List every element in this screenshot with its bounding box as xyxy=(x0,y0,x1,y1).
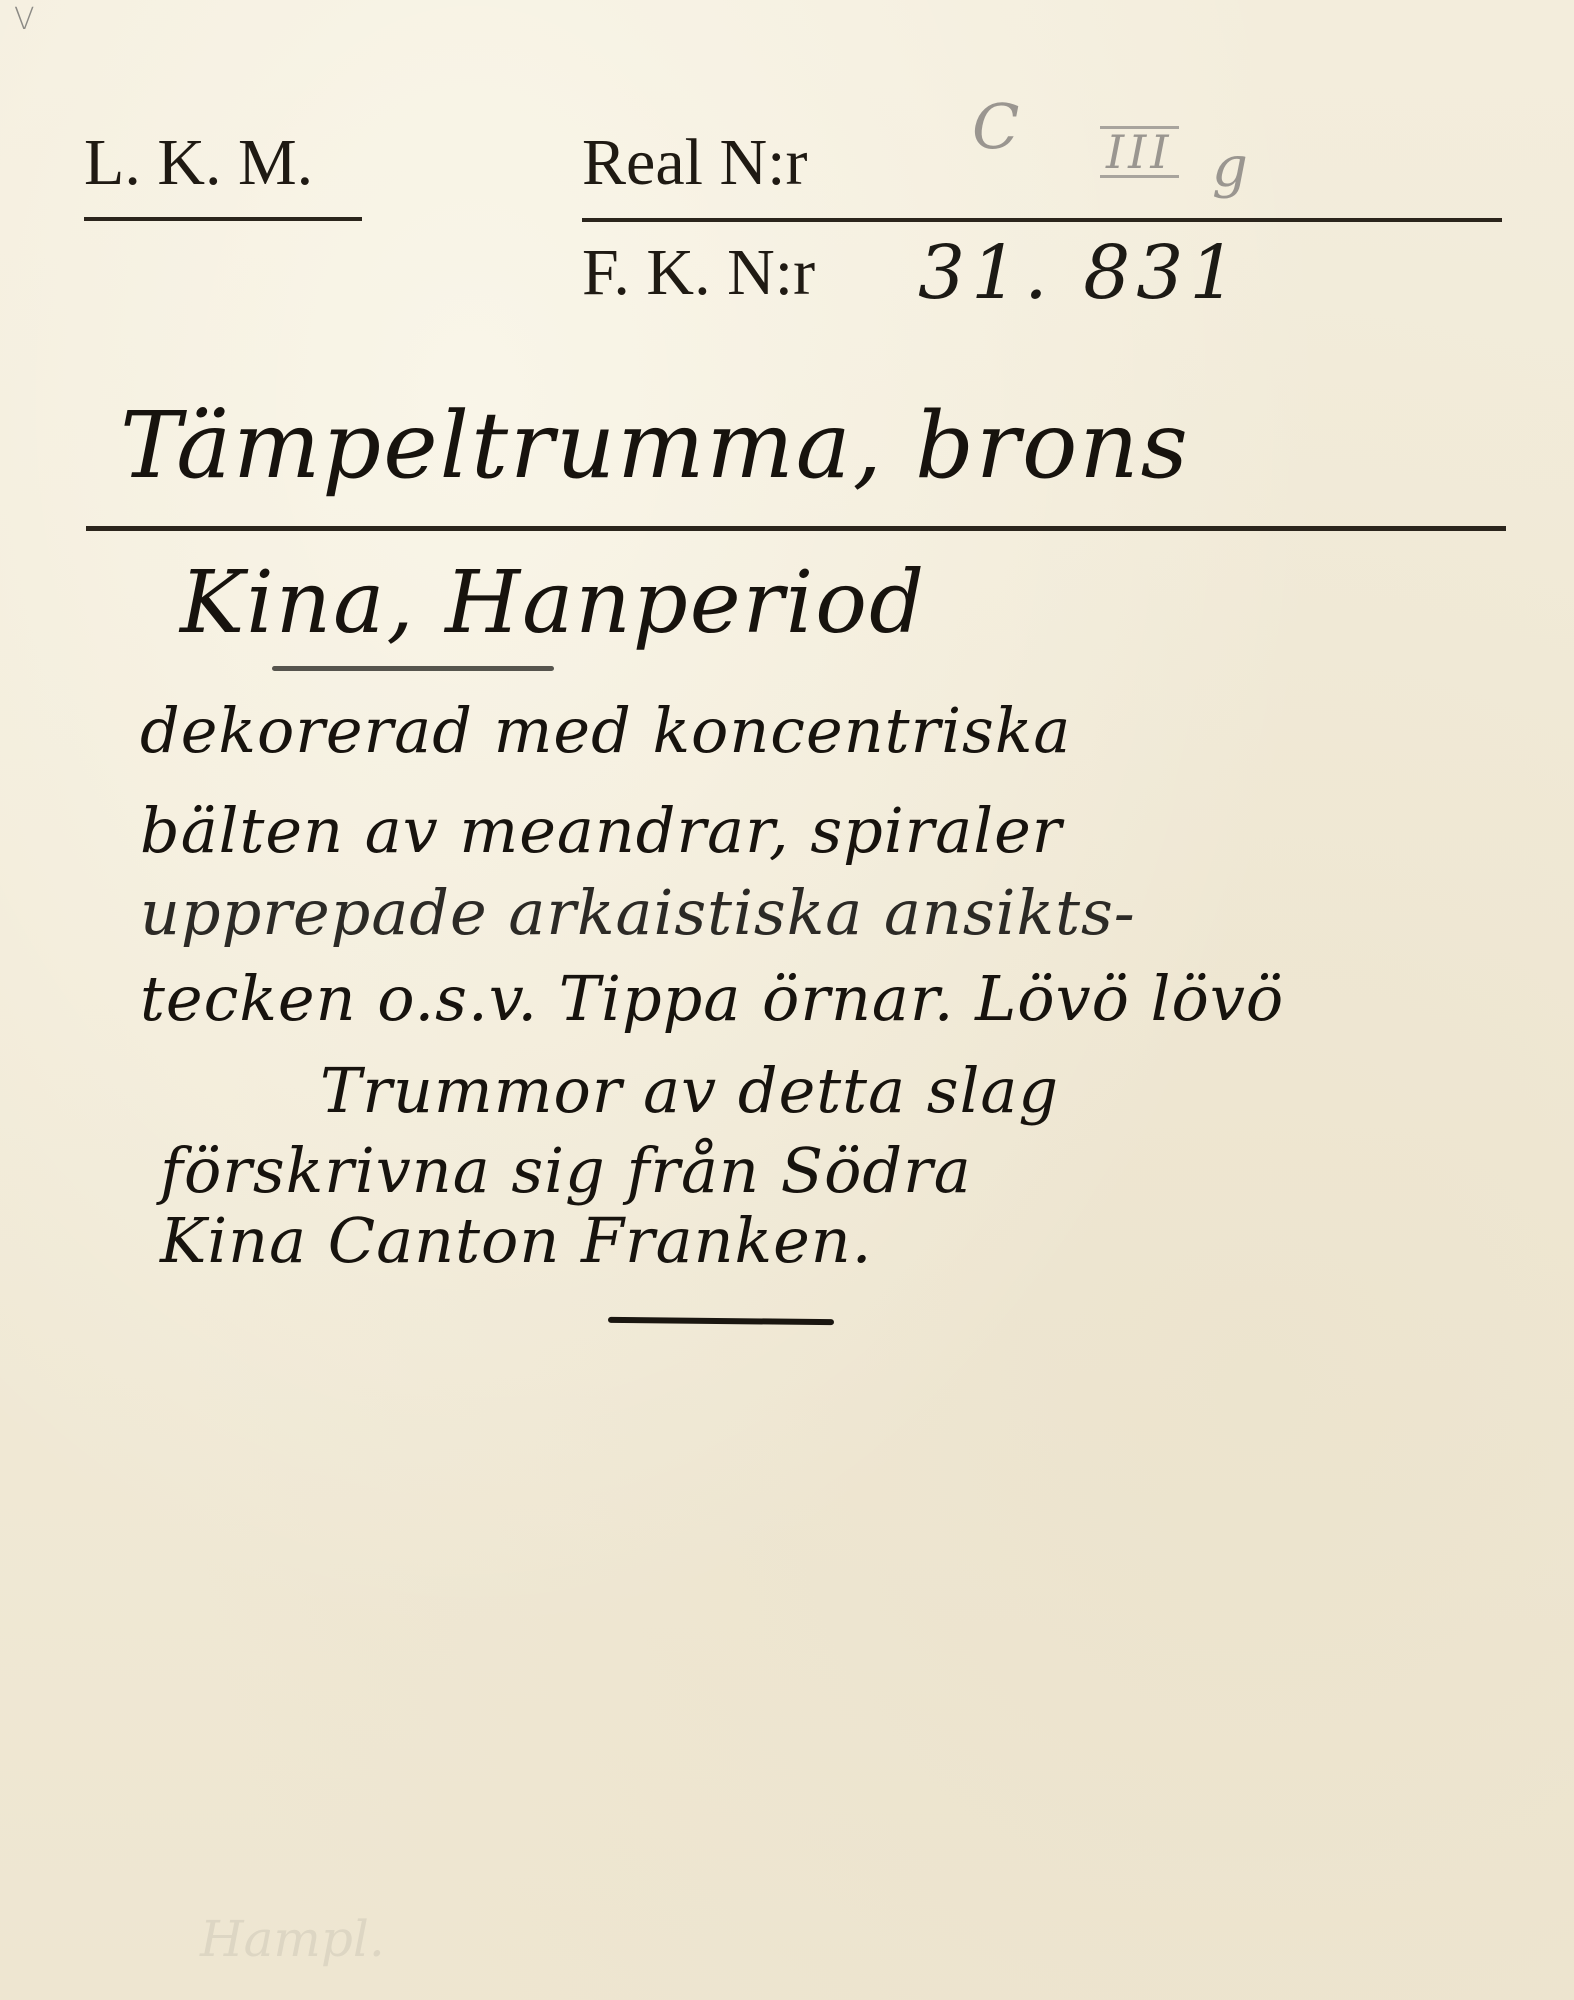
description-line: tecken o.s.v. Tippa örnar. Lövö lövö xyxy=(140,968,1284,1030)
real-nr-roman: III xyxy=(1100,126,1179,178)
real-nr-suffix: g xyxy=(1212,140,1248,196)
fk-nr-label: F. K. N:r xyxy=(582,240,815,306)
origin-underline xyxy=(272,666,554,671)
real-nr-label: Real N:r xyxy=(582,130,807,196)
header-rule-right xyxy=(582,218,1502,222)
title-rule xyxy=(86,526,1506,531)
description-line: dekorerad med koncentriska xyxy=(140,700,1071,762)
description-line: upprepade arkaistiska ansikts- xyxy=(140,882,1136,944)
description-line: Trummor av detta slag xyxy=(320,1060,1059,1122)
margin-check-mark: V xyxy=(14,2,35,37)
description-line: Kina Canton Franken. xyxy=(160,1210,872,1272)
description-line: förskrivna sig från Södra xyxy=(160,1140,972,1202)
bleed-through-signature: Hampl. xyxy=(200,1910,385,1968)
header-rule-left xyxy=(84,217,362,221)
catalog-card: V L. K. M. Real N:r C III g F. K. N:r 31… xyxy=(0,0,1574,2000)
end-dash xyxy=(608,1317,834,1325)
fk-nr-value: 31. 831 xyxy=(918,236,1242,310)
museum-abbreviation: L. K. M. xyxy=(84,130,313,196)
real-nr-letter: C xyxy=(972,96,1019,158)
object-origin-period: Kina, Hanperiod xyxy=(180,560,926,646)
description-line: bälten av meandrar, spiraler xyxy=(140,800,1062,862)
object-title: Tämpeltrumma, brons xyxy=(120,400,1190,492)
